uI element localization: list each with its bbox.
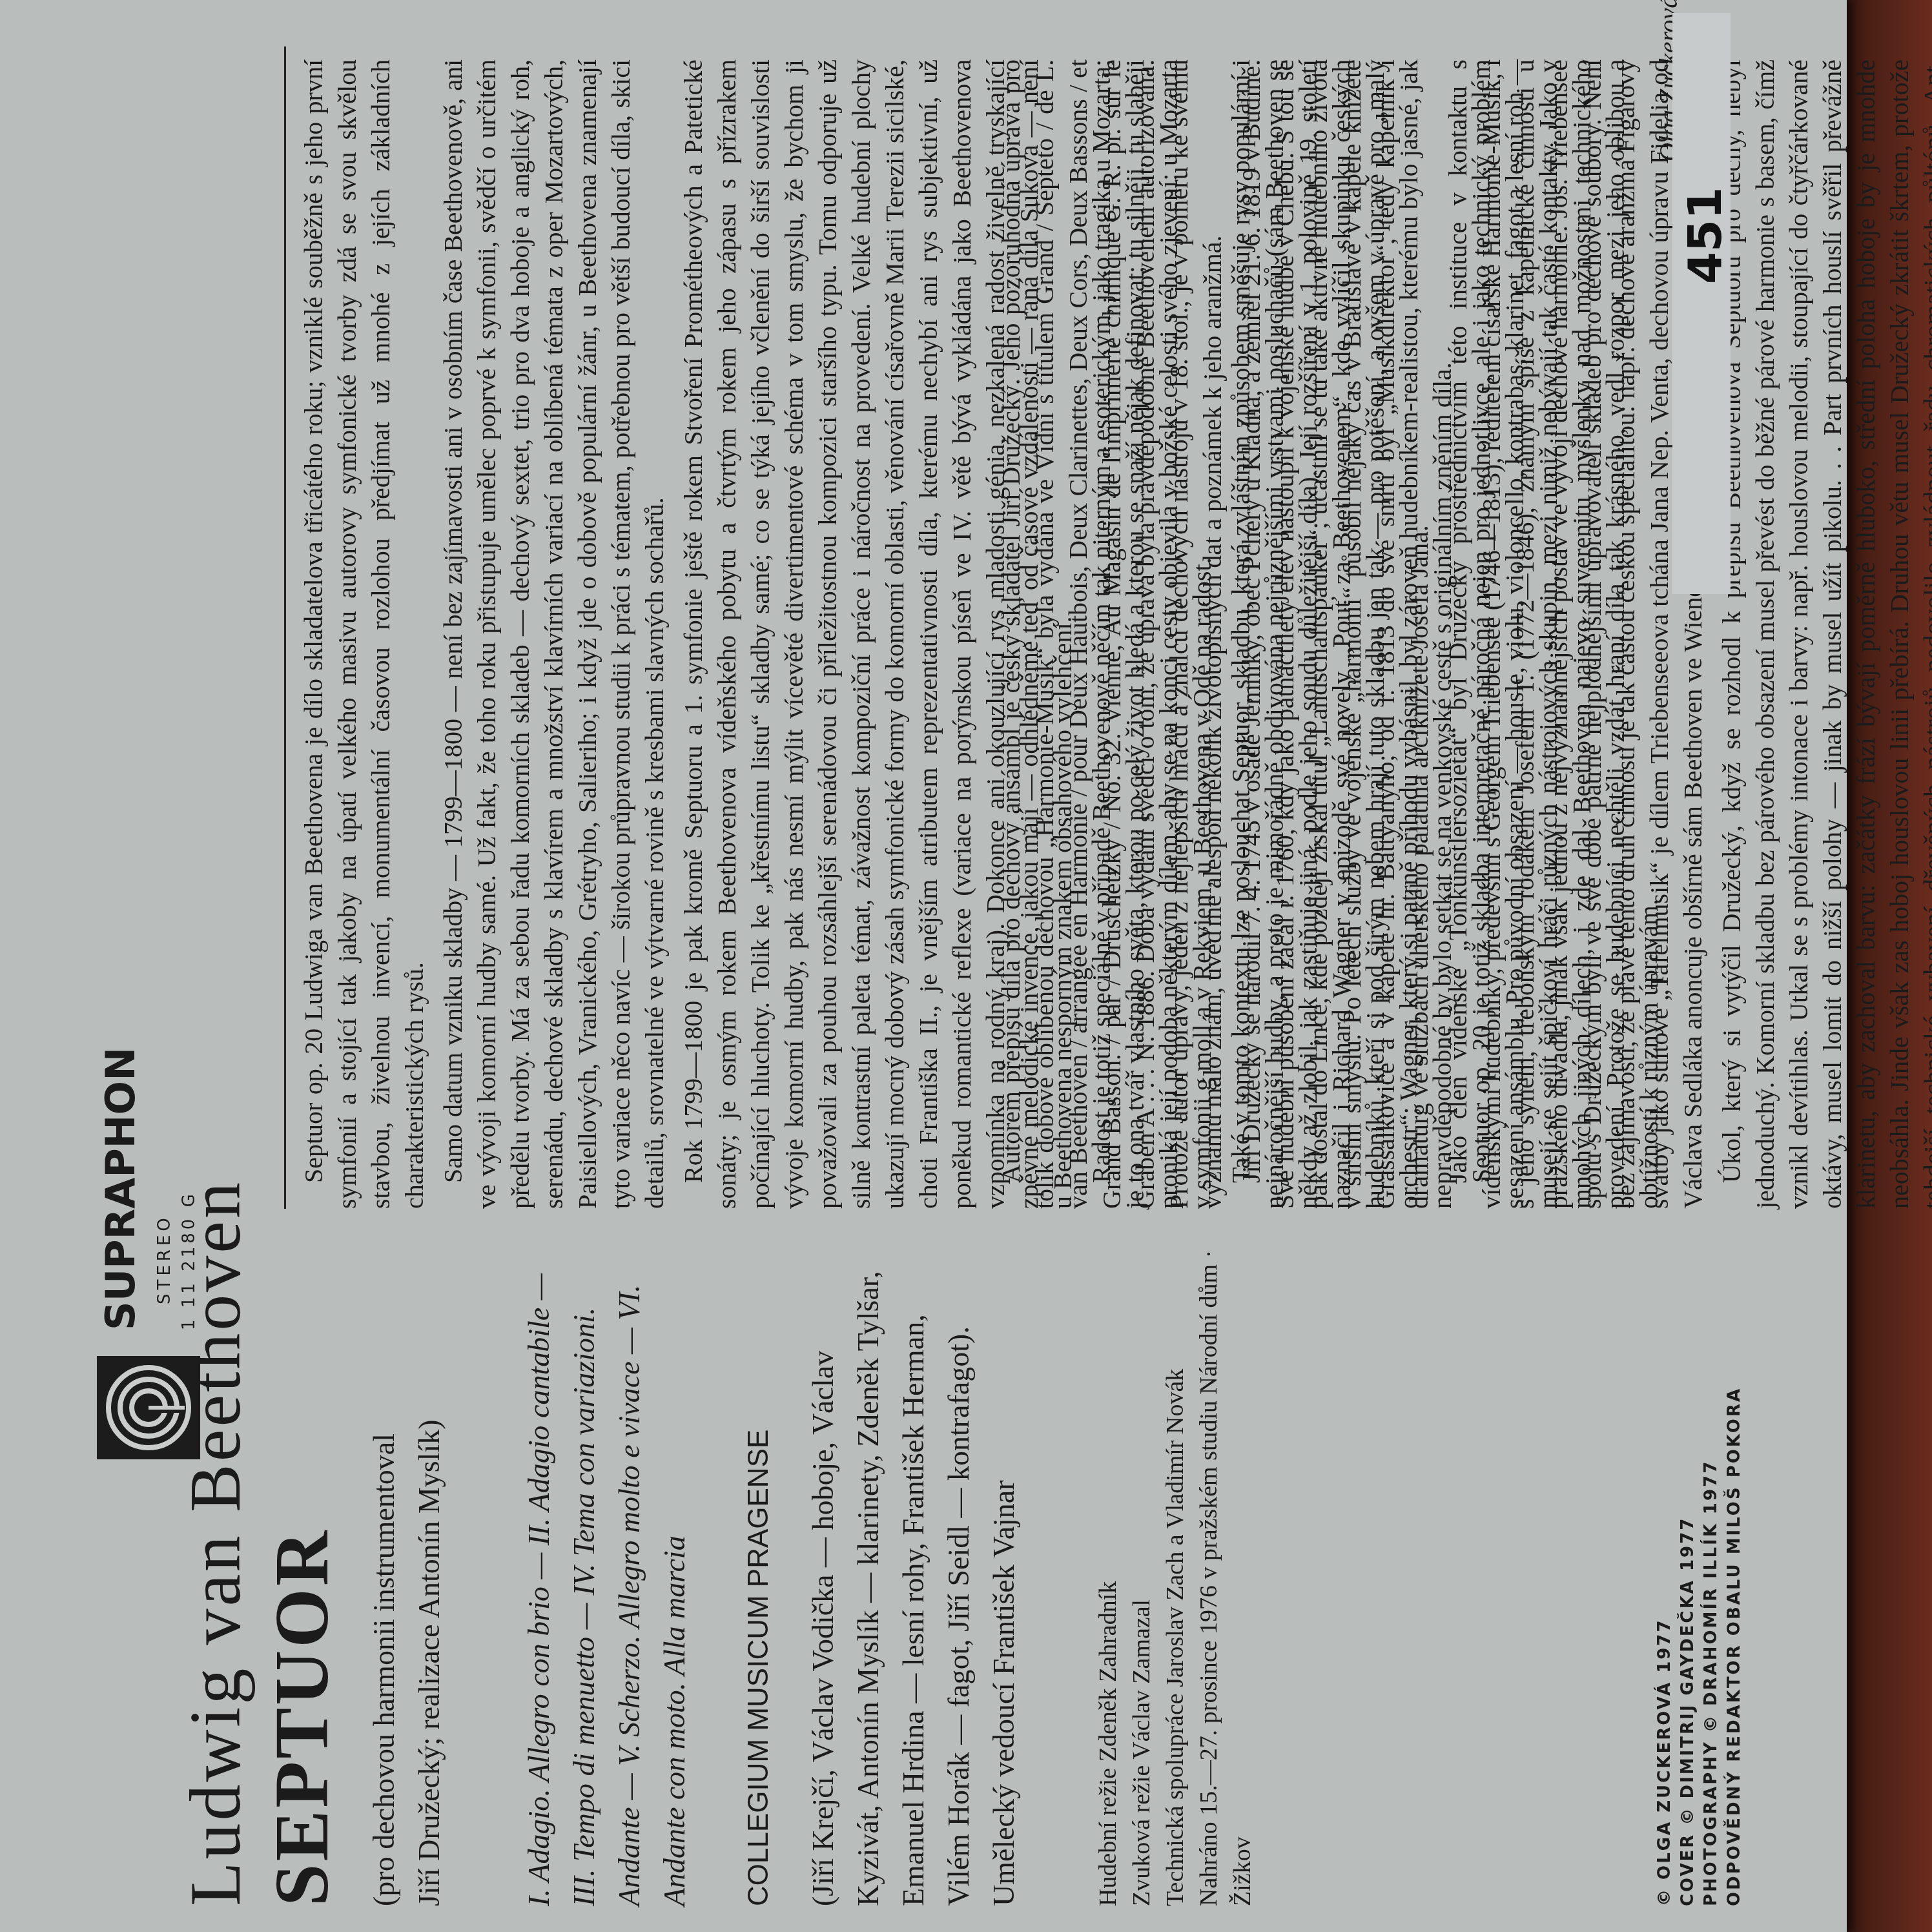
supraphon-spiral-logo-icon bbox=[97, 1356, 200, 1459]
copyright-line-4: ODPOVĚDNÝ REDAKTOR OBALU MILOŠ POKORA bbox=[1723, 1387, 1746, 1906]
notes-paragraph: Samo datum vzniku skladby — 1799—1800 — … bbox=[437, 59, 672, 1209]
notes-paragraph: Autorem přepisu díla pro dechový ansámbl… bbox=[994, 59, 1229, 1209]
movements-list: I. Adagio. Allegro con brio — II. Adagio… bbox=[517, 1248, 697, 1906]
copyright-block: © OLGA ZUCKEROVÁ 1977 COVER © DIMITRIJ G… bbox=[1653, 1387, 1746, 1906]
copyright-line-1: © OLGA ZUCKEROVÁ 1977 bbox=[1653, 1387, 1676, 1906]
notes-paragraph: Jiří Družecký se narodil 7. 4. 1745 v os… bbox=[1235, 59, 1436, 1209]
handwritten-catalog-number: 451 bbox=[1678, 187, 1732, 284]
catalog-number: 1 11 2180 G bbox=[180, 1191, 199, 1330]
subtitle-line-2: Jiří Družecký; realizace Antonín Myslík) bbox=[407, 1248, 452, 1906]
subtitle-line-1: (pro dechovou harmonii instrumentoval bbox=[362, 1248, 407, 1906]
library-sticker: 451 bbox=[1672, 13, 1731, 594]
rotated-page: Ludwig van Beethoven SEPTUOR (pro dechov… bbox=[0, 21, 1847, 1932]
copyright-line-2: COVER © DIMITRIJ GAYDEČKA 1977 bbox=[1676, 1387, 1700, 1906]
credit-recorded: Nahráno 15.—27. prosince 1976 v pražském… bbox=[1192, 1248, 1259, 1906]
ensemble-members: (Jiří Krejčí, Václav Vodička — hoboje, V… bbox=[801, 1248, 1027, 1906]
production-credits: Hudební režie Zdeněk Zahradník Zvuková r… bbox=[1091, 1248, 1259, 1906]
notes-paragraph: Jako člen vídeňské „Tonkünstlersozietät“… bbox=[1441, 59, 1710, 1209]
liner-notes-column-2: Autorem přepisu díla pro dechový ansámbl… bbox=[994, 59, 1932, 1209]
credit-music-director: Hudební režie Zdeněk Zahradník bbox=[1091, 1248, 1125, 1906]
copyright-line-3: PHOTOGRAPHY © DRAHOMÍR ILLÍK 1977 bbox=[1700, 1387, 1723, 1906]
credit-sound-director: Zvuková režie Václav Zamazal bbox=[1125, 1248, 1158, 1906]
credit-technical: Technická spolupráce Jaroslav Zach a Vla… bbox=[1158, 1248, 1192, 1906]
record-sleeve-back: Ludwig van Beethoven SEPTUOR (pro dechov… bbox=[0, 0, 1847, 1932]
title-rule-divider bbox=[284, 46, 286, 1209]
format-label: STEREO bbox=[155, 1214, 174, 1304]
notes-paragraph: Úkol, který si vytýčil Družecký, když se… bbox=[1715, 59, 1932, 1209]
brand-block: SUPRAPHON STEREO 1 11 2180 G bbox=[97, 1136, 207, 1330]
brand-name: SUPRAPHON bbox=[97, 1047, 144, 1330]
subtitle: (pro dechovou harmonii instrumentoval Ji… bbox=[362, 1248, 452, 1906]
notes-paragraph: Septuor op. 20 Ludwiga van Beethovena je… bbox=[297, 59, 431, 1209]
ensemble-name: COLLEGIUM MUSICUM PRAGENSE bbox=[736, 1248, 781, 1906]
work-title: SEPTUOR bbox=[258, 1528, 346, 1906]
